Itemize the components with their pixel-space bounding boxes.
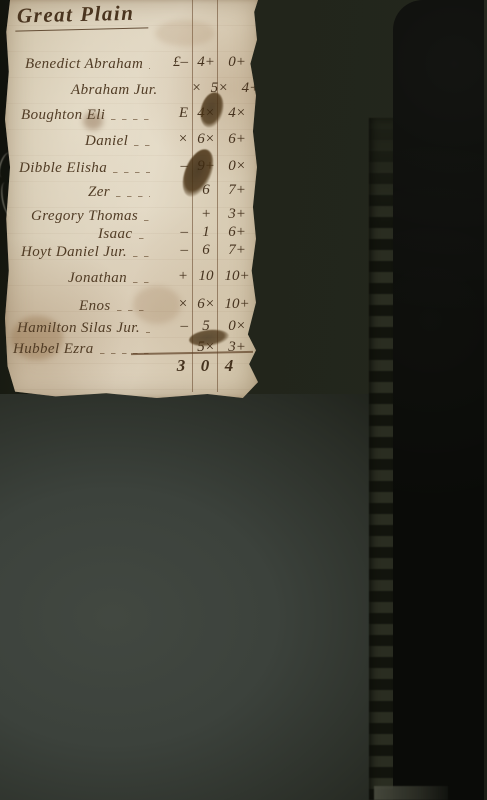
scanner-glint — [374, 786, 448, 800]
backing-board-lower — [0, 394, 400, 800]
ledger-paper: Great Plain Benedict Abraham £– 4+ 0+ Ab… — [5, 0, 258, 398]
scanned-ledger-page: Great Plain Benedict Abraham £– 4+ 0+ Ab… — [0, 0, 487, 800]
paper-edge-shading — [5, 0, 258, 398]
black-backing-panel — [393, 0, 487, 800]
